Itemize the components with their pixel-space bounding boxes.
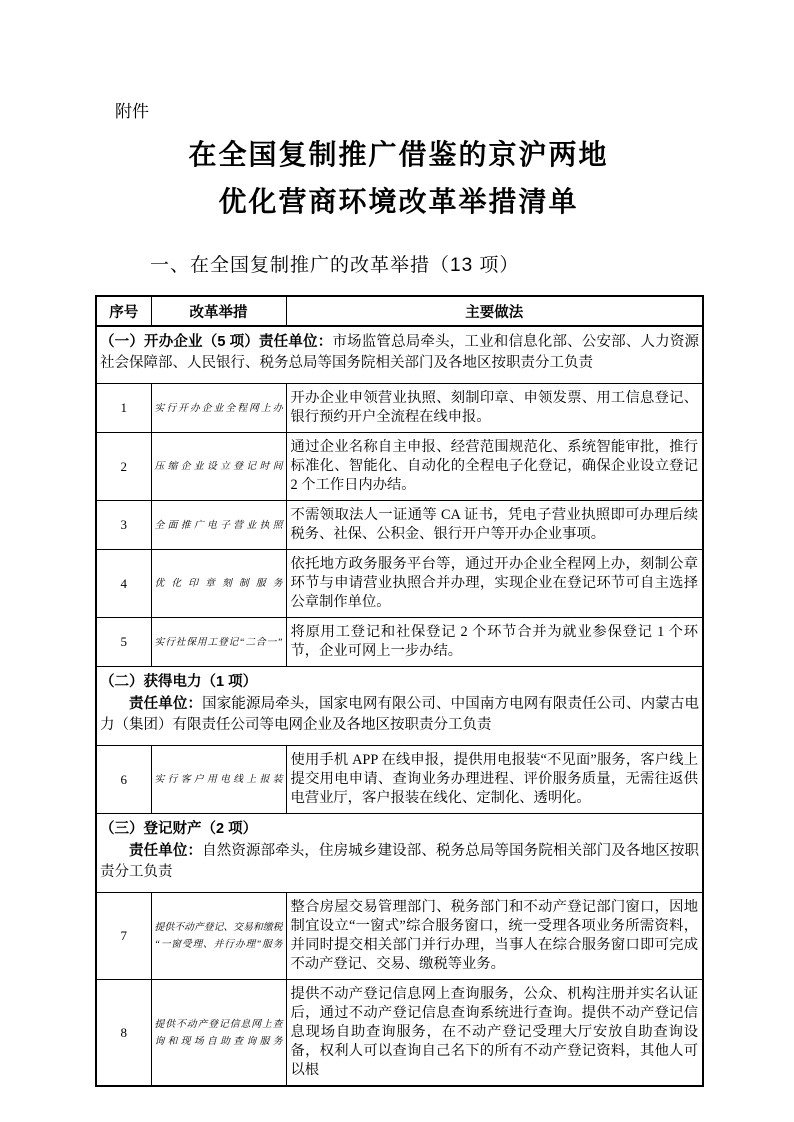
section-cell: （二）获得电力（1 项） 责任单位：国家能源局牵头，国家电网有限公司、中国南方电…	[96, 667, 703, 746]
section-row-registering-property: （三）登记财产（2 项） 责任单位：自然资源部牵头，住房城乡建设部、税务总局等国…	[96, 814, 703, 893]
row-number: 6	[96, 746, 151, 814]
responsible-unit-label: 责任单位：	[129, 696, 202, 712]
section-row-getting-electricity: （二）获得电力（1 项） 责任单位：国家能源局牵头，国家电网有限公司、中国南方电…	[96, 667, 703, 746]
reform-measures-table: 序号 改革举措 主要做法 （一）开办企业（5 项）责任单位：市场监管总局牵头，工…	[95, 295, 704, 1087]
row-number: 4	[96, 550, 151, 618]
practice-cell: 整合房屋交易管理部门、税务部门和不动产登记部门窗口，因地制宜设立“一窗式”综合服…	[286, 893, 703, 980]
header-cell-no: 序号	[96, 296, 151, 326]
table-row: 4 优化印章刻制服务 依托地方政务服务平台等，通过开办企业全程网上办，刻制公章环…	[96, 550, 703, 618]
row-number: 3	[96, 501, 151, 550]
table-row: 1 实行开办企业全程网上办 开办企业申领营业执照、刻制印章、申领发票、用工信息登…	[96, 384, 703, 433]
responsible-unit-label: 责任单位：	[129, 843, 202, 859]
practice-cell: 开办企业申领营业执照、刻制印章、申领发票、用工信息登记、银行预约开户全流程在线申…	[286, 384, 703, 433]
table-row: 2 压缩企业设立登记时间 通过企业名称自主申报、经营范围规范化、系统智能审批，推…	[96, 433, 703, 501]
measure-cell: 实行开办企业全程网上办	[151, 384, 286, 433]
row-number: 1	[96, 384, 151, 433]
table-header-row: 序号 改革举措 主要做法	[96, 296, 703, 326]
table-row: 8 提供不动产登记信息网上查 询和现场自助查询服务 提供不动产登记信息网上查询服…	[96, 980, 703, 1087]
row-number: 2	[96, 433, 151, 501]
header-cell-practice: 主要做法	[286, 296, 703, 326]
measure-cell: 优化印章刻制服务	[151, 550, 286, 618]
practice-cell: 使用手机 APP 在线申报，提供用电报装“不见面”服务，客户线上提交用电申请、查…	[286, 746, 703, 814]
section-title: （三）登记财产（2 项）	[100, 819, 699, 840]
measure-cell: 实行客户用电线上报装	[151, 746, 286, 814]
section-row-opening-business: （一）开办企业（5 项）责任单位：市场监管总局牵头，工业和信息化部、公安部、人力…	[96, 326, 703, 384]
document-title: 在全国复制推广借鉴的京沪两地 优化营商环境改革举措清单	[95, 132, 702, 226]
row-number: 8	[96, 980, 151, 1087]
document-title-line1: 在全国复制推广借鉴的京沪两地	[95, 132, 702, 179]
responsible-unit-paragraph: 责任单位：国家能源局牵头，国家电网有限公司、中国南方电网有限责任公司、内蒙古电力…	[100, 694, 699, 736]
document-page: 附件 在全国复制推广借鉴的京沪两地 优化营商环境改革举措清单 一、在全国复制推广…	[0, 0, 794, 1122]
table-row: 7 提供不动产登记、交易和缴税 “一窗受理、并行办理”服务 整合房屋交易管理部门…	[96, 893, 703, 980]
measure-cell: 全面推广电子营业执照	[151, 501, 286, 550]
practice-cell: 依托地方政务服务平台等，通过开办企业全程网上办，刻制公章环节与申请营业执照合并办…	[286, 550, 703, 618]
table-row: 3 全面推广电子营业执照 不需领取法人一证通等 CA 证书，凭电子营业执照即可办…	[96, 501, 703, 550]
section-heading: 一、在全国复制推广的改革举措（13 项）	[150, 250, 702, 277]
row-number: 7	[96, 893, 151, 980]
table-row: 6 实行客户用电线上报装 使用手机 APP 在线申报，提供用电报装“不见面”服务…	[96, 746, 703, 814]
section-title: （二）获得电力（1 项）	[100, 672, 699, 693]
section-title: （一）开办企业（5 项）	[100, 334, 259, 350]
document-title-line2: 优化营商环境改革举措清单	[95, 179, 702, 226]
header-cell-measure: 改革举措	[151, 296, 286, 326]
attachment-label: 附件	[115, 100, 702, 124]
section-cell: （一）开办企业（5 项）责任单位：市场监管总局牵头，工业和信息化部、公安部、人力…	[96, 326, 703, 384]
practice-cell: 不需领取法人一证通等 CA 证书，凭电子营业执照即可办理后续税务、社保、公积金、…	[286, 501, 703, 550]
table-row: 5 实行社保用工登记“二合一” 将原用工登记和社保登记 2 个环节合并为就业参保…	[96, 618, 703, 667]
measure-cell: 实行社保用工登记“二合一”	[151, 618, 286, 667]
row-number: 5	[96, 618, 151, 667]
measure-cell: 压缩企业设立登记时间	[151, 433, 286, 501]
practice-cell: 将原用工登记和社保登记 2 个环节合并为就业参保登记 1 个环节，企业可网上一步…	[286, 618, 703, 667]
measure-cell: 提供不动产登记、交易和缴税 “一窗受理、并行办理”服务	[151, 893, 286, 980]
responsible-unit-paragraph: 责任单位：自然资源部牵头，住房城乡建设部、税务总局等国务院相关部门及各地区按职责…	[100, 841, 699, 883]
practice-cell: 提供不动产登记信息网上查询服务，公众、机构注册并实名认证后，通过不动产登记信息查…	[286, 980, 703, 1087]
practice-cell: 通过企业名称自主申报、经营范围规范化、系统智能审批，推行标准化、智能化、自动化的…	[286, 433, 703, 501]
responsible-unit-label: 责任单位：	[259, 334, 332, 350]
measure-cell: 提供不动产登记信息网上查 询和现场自助查询服务	[151, 980, 286, 1087]
section-cell: （三）登记财产（2 项） 责任单位：自然资源部牵头，住房城乡建设部、税务总局等国…	[96, 814, 703, 893]
